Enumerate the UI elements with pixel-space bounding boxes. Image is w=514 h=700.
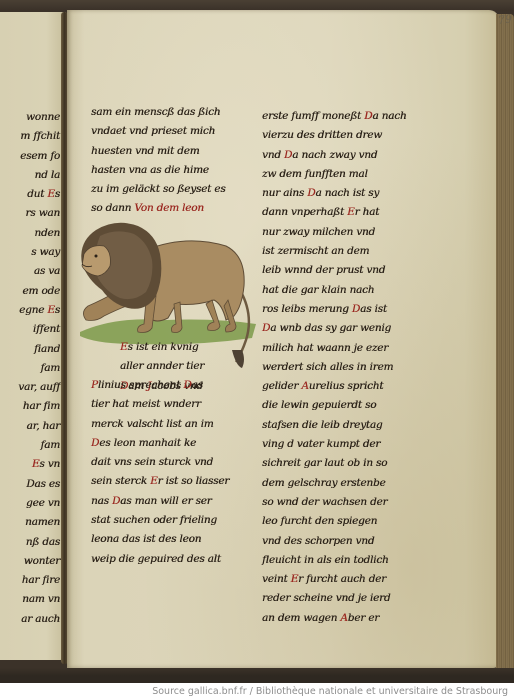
manuscript-line: wonne bbox=[0, 108, 62, 127]
manuscript-line: die lewin gepuierdt so bbox=[262, 396, 457, 415]
manuscript-line: nur zway milchen vnd bbox=[262, 223, 457, 242]
manuscript-line: zu im geläckt so ßeyset es bbox=[91, 180, 251, 199]
page-edges bbox=[496, 14, 514, 668]
manuscript-line: var, auff bbox=[0, 378, 62, 397]
manuscript-line: hat die gar klain nach bbox=[262, 281, 457, 300]
manuscript-line: ist zermischt an dem bbox=[262, 242, 457, 261]
manuscript-line: iffent bbox=[0, 320, 62, 339]
manuscript-line: veint Er furcht auch der bbox=[262, 570, 457, 589]
manuscript-line: em ode bbox=[0, 282, 62, 301]
manuscript-line: merck valscht list an im bbox=[91, 415, 256, 434]
manuscript-line: an dem wagen Aber er bbox=[262, 609, 457, 628]
manuscript-line: as va bbox=[0, 262, 62, 281]
manuscript-line: leib wnnd der prust vnd bbox=[262, 261, 457, 280]
manuscript-line: so wnd der wachsen der bbox=[262, 493, 457, 512]
manuscript-line: sam ein menscß das ßich bbox=[91, 103, 251, 122]
manuscript-line: egne Es bbox=[0, 301, 62, 320]
manuscript-line: stat suchen oder frieling bbox=[91, 511, 256, 530]
manuscript-line: aller annder tier bbox=[120, 357, 255, 376]
manuscript-line: huesten vnd mit dem bbox=[91, 142, 251, 161]
manuscript-line: sein sterck Er ist so liasser bbox=[91, 472, 256, 491]
manuscript-line: zw dem funfften mal bbox=[262, 165, 457, 184]
manuscript-line: so dann Von dem leon bbox=[91, 199, 251, 218]
manuscript-line: fleuicht in als ein todlich bbox=[262, 551, 457, 570]
column-1-top-text: sam ein menscß das ßichvndaet vnd priese… bbox=[91, 103, 251, 219]
manuscript-line: erste fumff moneßt Da nach bbox=[262, 107, 457, 126]
chapter-heading: Von dem leon bbox=[131, 202, 204, 214]
manuscript-line: vndaet vnd prieset mich bbox=[91, 122, 251, 141]
manuscript-line: milich hat waann je ezer bbox=[262, 339, 457, 358]
manuscript-line: rs wan bbox=[0, 204, 62, 223]
manuscript-line: leo furcht den spiegen bbox=[262, 512, 457, 531]
manuscript-line: s way bbox=[0, 243, 62, 262]
manuscript-line: sichreit gar laut ob in so bbox=[262, 454, 457, 473]
manuscript-line: ros leibs merung Das ist bbox=[262, 300, 457, 319]
manuscript-line: m ffchit bbox=[0, 127, 62, 146]
manuscript-line: dait vns sein sturck vnd bbox=[91, 453, 256, 472]
manuscript-line: tier hat meist wnderr bbox=[91, 395, 256, 414]
column-1-bottom-text-continued: Plinius sprechent Dastier hat meist wnde… bbox=[91, 376, 256, 569]
manuscript-line: nd la bbox=[0, 166, 62, 185]
manuscript-line: vnd des schorpen vnd bbox=[262, 532, 457, 551]
manuscript-line: ar auch bbox=[0, 610, 62, 629]
manuscript-line: vnd Da nach zway vnd bbox=[262, 146, 457, 165]
source-caption: Source gallica.bnf.fr / Bibliothèque nat… bbox=[0, 683, 514, 700]
manuscript-line: fiand bbox=[0, 340, 62, 359]
column-2-text: erste fumff moneßt Da nachvierzu des dri… bbox=[262, 107, 457, 628]
manuscript-line: dut Es bbox=[0, 185, 62, 204]
manuscript-line: Des leon manhait ke bbox=[91, 434, 256, 453]
manuscript-line: dem gelschray erstenbe bbox=[262, 474, 457, 493]
folio-number: 79 bbox=[497, 12, 513, 27]
manuscript-line: nden bbox=[0, 224, 62, 243]
manuscript-line: Das es bbox=[0, 475, 62, 494]
manuscript-line: namen bbox=[0, 513, 62, 532]
manuscript-line: Plinius sprechent Das bbox=[91, 376, 256, 395]
manuscript-line: weip die gepuired des alt bbox=[91, 550, 256, 569]
manuscript-line: stafsen die leib dreytag bbox=[262, 416, 457, 435]
manuscript-line: nas Das man will er ser bbox=[91, 492, 256, 511]
manuscript-line: nur ains Da nach ist sy bbox=[262, 184, 457, 203]
manuscript-line: werdert sich alles in irem bbox=[262, 358, 457, 377]
manuscript-line: gelider Aurelius spricht bbox=[262, 377, 457, 396]
manuscript-line: hasten vna as die hime bbox=[91, 161, 251, 180]
manuscript-line: har fire bbox=[0, 571, 62, 590]
manuscript-line: esem fo bbox=[0, 147, 62, 166]
manuscript-line: fam bbox=[0, 436, 62, 455]
manuscript-line: gee vn bbox=[0, 494, 62, 513]
manuscript-line: har fim bbox=[0, 397, 62, 416]
manuscript-line: Es ist ein kvnig bbox=[120, 338, 255, 357]
manuscript-line: Da wnb das sy gar wenig bbox=[262, 319, 457, 338]
manuscript-line: reder scheine vnd je ierd bbox=[262, 589, 457, 608]
manuscript-line: ar, har bbox=[0, 417, 62, 436]
left-page-text: wonnem ffchitesem fond ladut Esrs wannde… bbox=[0, 108, 62, 629]
manuscript-line: leona das ist des leon bbox=[91, 530, 256, 549]
manuscript-line: vierzu des dritten drew bbox=[262, 126, 457, 145]
manuscript-line: Es vn bbox=[0, 455, 62, 474]
manuscript-line: fam bbox=[0, 359, 62, 378]
manuscript-line: nam vn bbox=[0, 590, 62, 609]
manuscript-line: ving d vater kumpt der bbox=[262, 435, 457, 454]
manuscript-line: wonter bbox=[0, 552, 62, 571]
manuscript-line: nß das bbox=[0, 533, 62, 552]
manuscript-line: dann vnperhaßt Er hat bbox=[262, 203, 457, 222]
